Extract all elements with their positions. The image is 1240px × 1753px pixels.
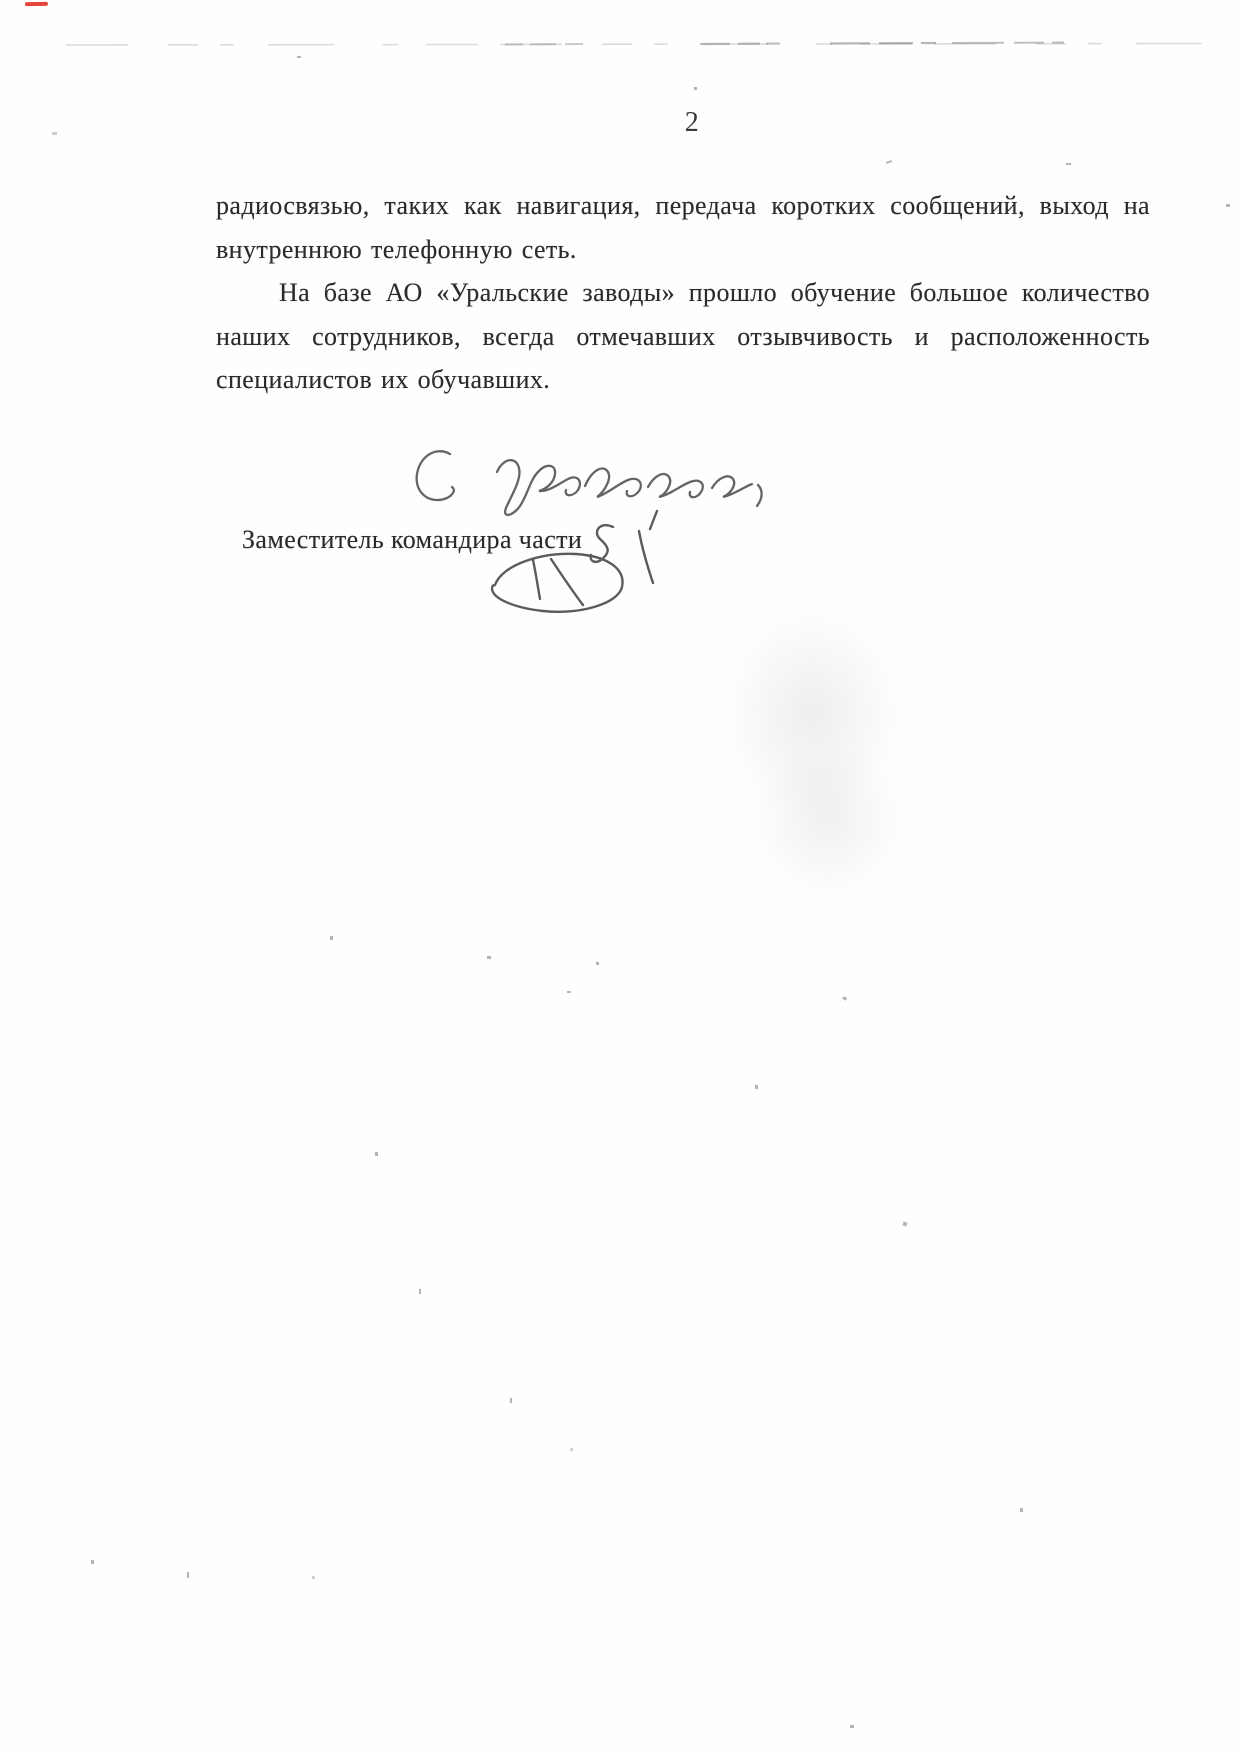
page-number: 2 [672,106,712,140]
letter-body: радиосвязью, таких как навигация, переда… [216,184,1150,402]
body-line: радиосвязью, таких как навигация, переда… [216,184,1150,228]
scanner-shadow [700,580,925,850]
scanned-letter-page: 2 радиосвязью, таких как навигация, пере… [0,0,1240,1753]
red-pen-tick [25,2,48,6]
body-line: специалистов их обучавших. [216,358,1150,402]
handwritten-s-uvazheniem [417,451,762,515]
body-line: наших сотрудников, всегда отмечавших отз… [216,315,1150,359]
body-line: На базе АО «Уральские заводы» прошло обу… [216,271,1150,315]
scanner-shadow-lower [728,720,928,920]
scan-fold-line [0,0,1240,60]
signoff-title: Заместитель командира части [242,518,582,561]
body-line: внутреннюю телефонную сеть. [216,228,1150,272]
